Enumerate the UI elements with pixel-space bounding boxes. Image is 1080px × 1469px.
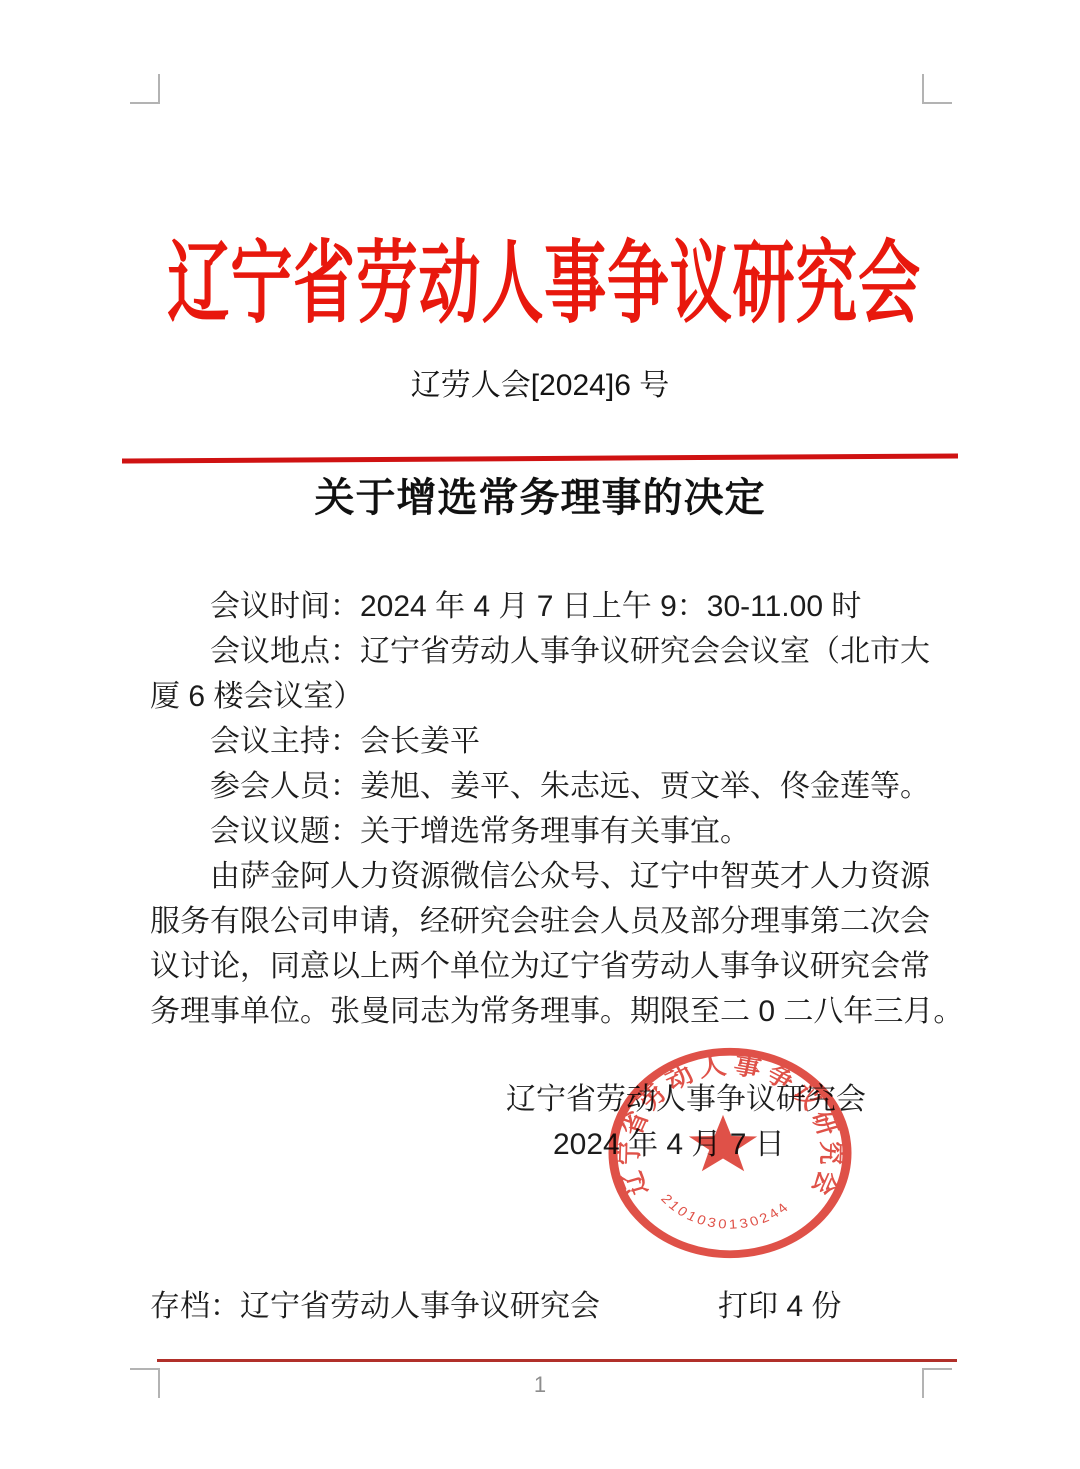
footer-red-rule: [157, 1359, 957, 1362]
body-line-meeting-place: 会议地点：辽宁省劳动人事争议研究会会议室（北市大: [150, 629, 936, 674]
seal-star-icon: [689, 1115, 757, 1171]
letterhead-red-rule: [122, 453, 958, 463]
document-body: 会议时间：2024 年 4 月 7 日上午 9：30-11.00 时 会议地点：…: [150, 584, 936, 1034]
body-line-meeting-topic: 会议议题：关于增选常务理事有关事宜。: [150, 809, 936, 854]
body-line-meeting-time: 会议时间：2024 年 4 月 7 日上午 9：30-11.00 时: [150, 584, 936, 629]
document-number: 辽劳人会[2024]6 号: [0, 368, 1080, 404]
body-line-paragraph-4: 务理事单位。张曼同志为常务理事。期限至二 0 二八年三月。: [150, 989, 936, 1034]
crop-mark-top-right-icon: [922, 74, 952, 104]
body-line-paragraph-3: 议讨论，同意以上两个单位为辽宁省劳动人事争议研究会常: [150, 944, 936, 989]
body-line-meeting-host: 会议主持：会长姜平: [150, 719, 936, 764]
page-number: 1: [0, 1372, 1080, 1398]
footer-archive-label: 存档：辽宁省劳动人事争议研究会: [150, 1288, 600, 1326]
body-line-meeting-place-2: 厦 6 楼会议室）: [150, 674, 936, 719]
official-seal-stamp-icon: 辽宁省劳动人事争议研究会 2101030130244: [604, 1044, 856, 1262]
document-page: 辽宁省劳动人事争议研究会 辽劳人会[2024]6 号 关于增选常务理事的决定 会…: [0, 0, 1080, 1469]
document-title: 关于增选常务理事的决定: [0, 474, 1080, 522]
body-line-paragraph-2: 服务有限公司申请，经研究会驻会人员及部分理事第二次会: [150, 899, 936, 944]
body-line-attendees: 参会人员：姜旭、姜平、朱志远、贾文举、佟金莲等。: [150, 764, 936, 809]
letterhead-org-title: 辽宁省劳动人事争议研究会: [167, 234, 912, 334]
seal-code-text: 2101030130244: [658, 1191, 793, 1231]
crop-mark-top-left-icon: [130, 74, 160, 104]
body-line-paragraph-1: 由萨金阿人力资源微信公众号、辽宁中智英才人力资源: [150, 854, 936, 899]
footer-print-label: 打印 4 份: [718, 1288, 841, 1326]
